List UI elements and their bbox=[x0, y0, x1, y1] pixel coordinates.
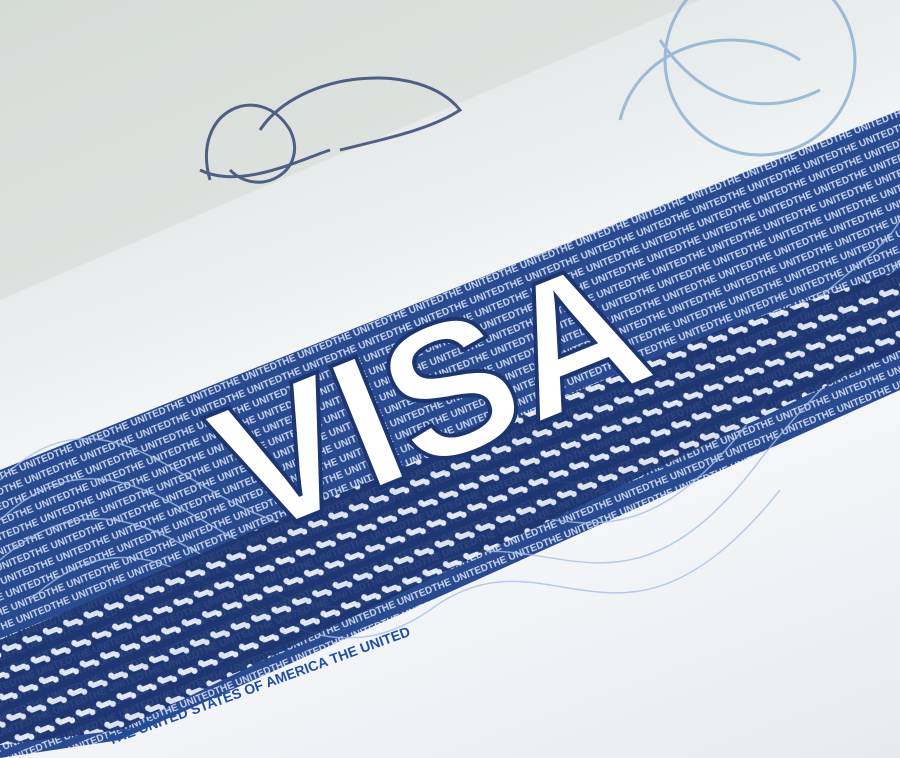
visa-artwork: THE UNITED STATES OF AMERICA bbox=[0, 0, 900, 758]
visa-photo: THE UNITED STATES OF AMERICA bbox=[0, 0, 900, 758]
ornament-seal bbox=[620, 0, 855, 155]
